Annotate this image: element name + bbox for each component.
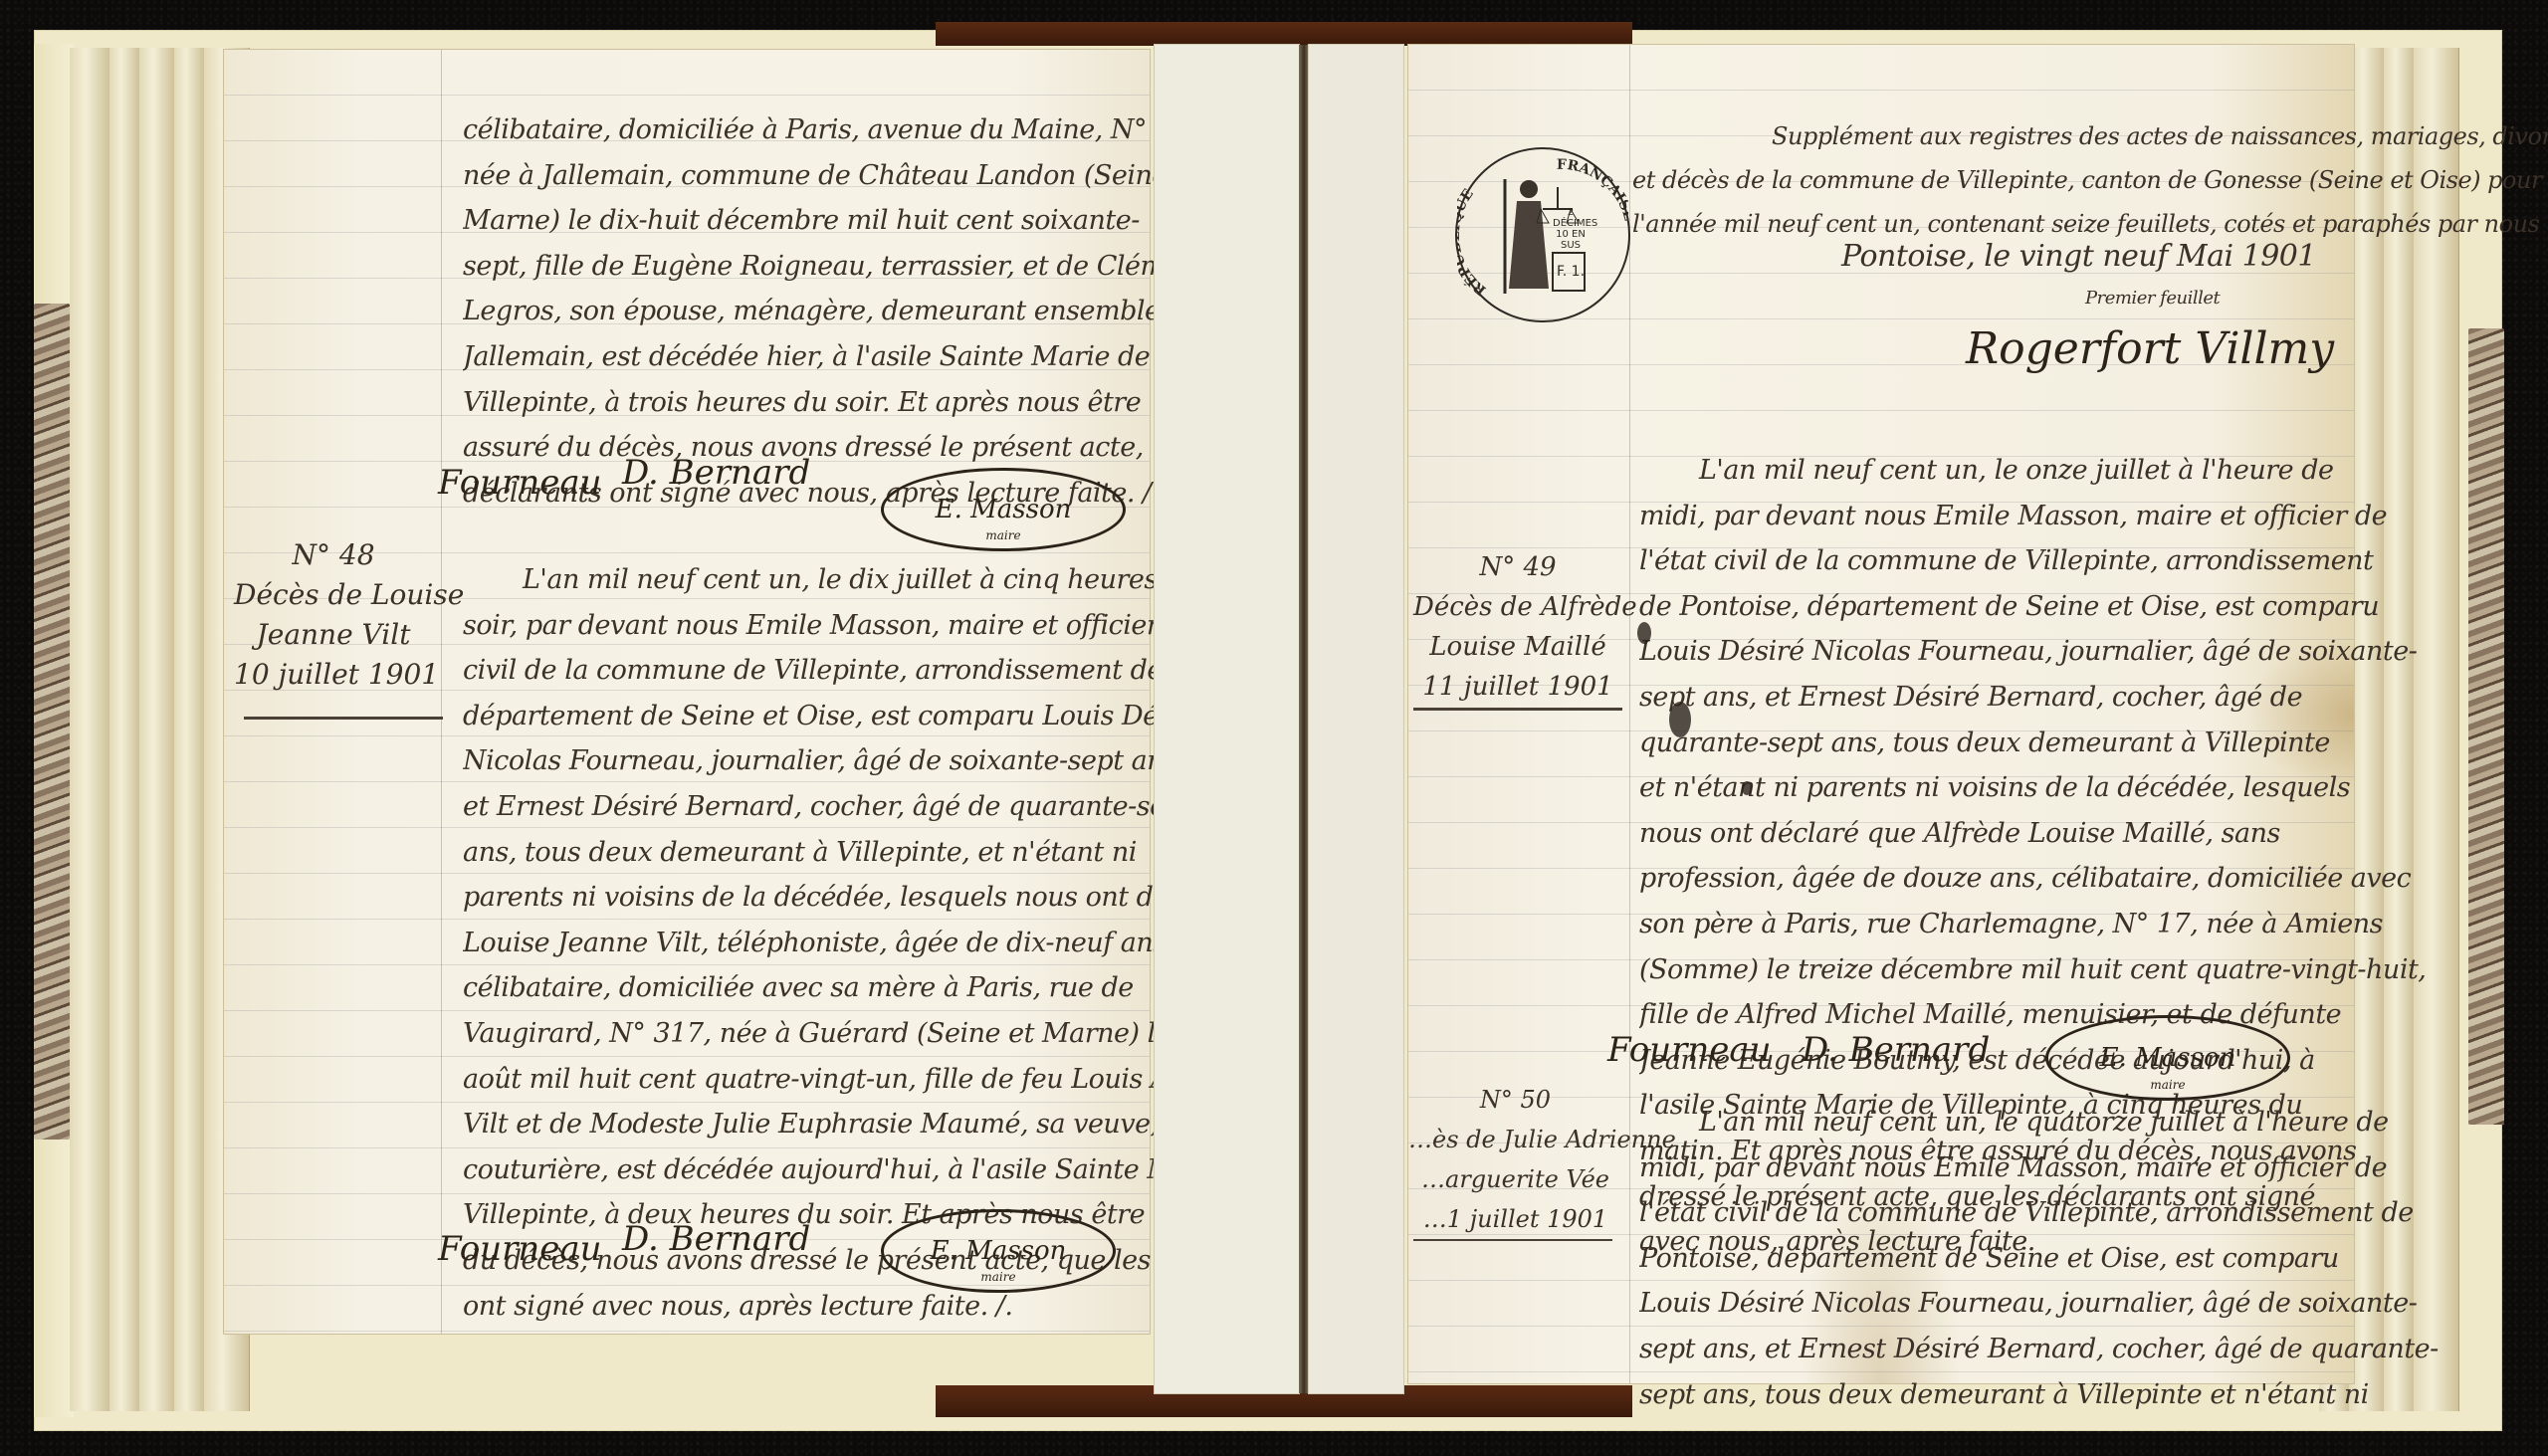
ink-blot xyxy=(1742,781,1752,795)
marbled-cover-right xyxy=(2468,328,2504,1125)
entry-title: Décès de Alfrède xyxy=(1413,587,1622,627)
place-date: Pontoise, le vingt neuf Mai 1901 xyxy=(1841,234,2316,280)
mayor-signature-seal: E. Masson maire xyxy=(881,468,1126,551)
marbled-cover-left xyxy=(34,304,70,1140)
signature-fourneau: Fourneau xyxy=(438,1229,602,1269)
signature-bernard: D. Bernard xyxy=(1802,1030,1990,1070)
mayor-signature-seal: E. Masson maire xyxy=(881,1209,1116,1293)
margin-divider xyxy=(1413,708,1622,711)
republique-francaise-tax-stamp: RÉPUBLIQUE FRANÇAISE 2 DÉCIMES 10 EN SUS… xyxy=(1455,147,1630,322)
entry-title: …ès de Julie Adrienne xyxy=(1408,1120,1622,1159)
register-header: Supplément aux registres des actes de na… xyxy=(1632,114,2548,246)
entry-title: …arguerite Vée xyxy=(1408,1159,1622,1199)
entry-50-text: L'an mil neuf cent un, le quatorze juill… xyxy=(1639,1100,2439,1417)
entry-number: N° 50 xyxy=(1408,1080,1622,1120)
entry-date: …1 juillet 1901 xyxy=(1408,1199,1622,1239)
svg-text:RÉPUBLIQUE: RÉPUBLIQUE xyxy=(1457,186,1489,298)
blank-flyleaf xyxy=(1155,45,1299,1393)
signature-fourneau: Fourneau xyxy=(1607,1030,1772,1070)
ink-blot xyxy=(1669,702,1691,737)
signature-fourneau: Fourneau xyxy=(438,463,602,503)
margin-divider xyxy=(1413,1239,1612,1241)
stamp-value: 2 DÉCIMES 10 EN SUS F. 1. xyxy=(1553,207,1589,279)
continuation-text: célibataire, domiciliée à Paris, avenue … xyxy=(463,107,1245,516)
entry-48-margin: N° 48 Décès de Louise Jeanne Vilt 10 jui… xyxy=(234,535,433,695)
entry-number: N° 49 xyxy=(1413,547,1622,587)
left-page-edges xyxy=(70,48,249,1411)
marianne-justice-icon: RÉPUBLIQUE FRANÇAISE xyxy=(1457,149,1628,320)
margin-line xyxy=(441,50,442,1334)
entry-date: 11 juillet 1901 xyxy=(1413,667,1622,707)
prefect-signature: Rogerfort Villmy xyxy=(1966,323,2334,374)
signature-bernard: D. Bernard xyxy=(622,453,810,493)
spine-top xyxy=(936,22,1632,46)
folio-note: Premier feuillet xyxy=(2085,276,2220,321)
entry-title: Jeanne Vilt xyxy=(234,615,433,655)
entry-50-margin: N° 50 …ès de Julie Adrienne …arguerite V… xyxy=(1408,1080,1622,1239)
margin-divider xyxy=(244,717,443,720)
mayor-signature-seal: E. Masson maire xyxy=(2045,1015,2290,1101)
entry-number: N° 48 xyxy=(234,535,433,575)
entry-date: 10 juillet 1901 xyxy=(234,655,433,695)
left-register-page: célibataire, domiciliée à Paris, avenue … xyxy=(224,50,1150,1334)
gutter xyxy=(1299,45,1309,1393)
entry-49-margin: N° 49 Décès de Alfrède Louise Maillé 11 … xyxy=(1413,547,1622,707)
signature-bernard: D. Bernard xyxy=(622,1219,810,1259)
entry-title: Décès de Louise xyxy=(234,575,433,615)
ink-blot xyxy=(1637,622,1651,644)
blank-flyleaf xyxy=(1309,45,1403,1393)
entry-title: Louise Maillé xyxy=(1413,627,1622,667)
